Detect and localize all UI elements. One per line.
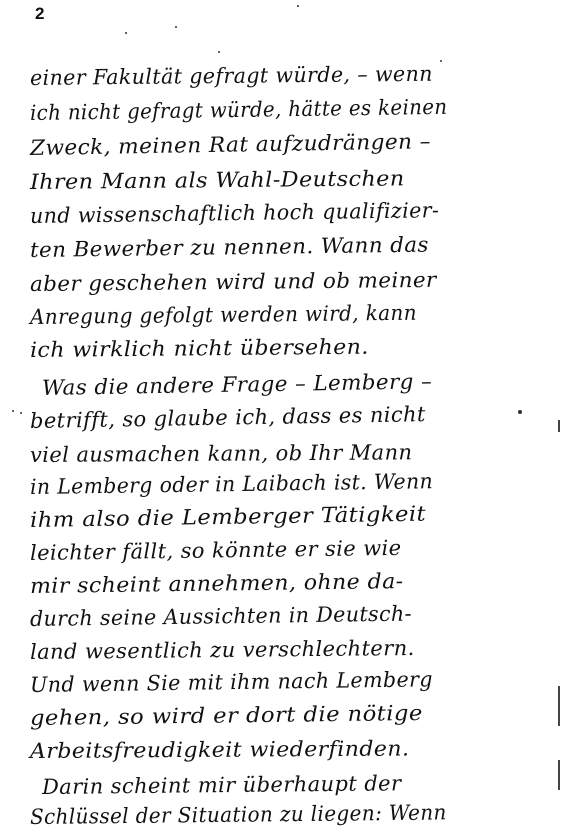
handwritten-line: Was die andere Frage – Lemberg – xyxy=(42,369,433,400)
handwritten-line: gehen, so wird er dort die nötige xyxy=(30,701,423,730)
handwritten-line: Anregung gefolgt werden wird, kann xyxy=(30,301,417,329)
scan-speck xyxy=(20,412,22,414)
handwritten-line: ich wirklich nicht übersehen. xyxy=(30,335,369,362)
handwritten-line: Darin scheint mir überhaupt der xyxy=(42,771,402,799)
scanned-letter-page: 2 einer Fakultät gefragt würde, – wenn i… xyxy=(0,0,562,830)
scan-speck xyxy=(175,26,177,28)
page-number: 2 xyxy=(35,4,44,24)
handwritten-line: einer Fakultät gefragt würde, – wenn xyxy=(30,62,433,90)
handwritten-line: Und wenn Sie mit ihm nach Lemberg xyxy=(30,667,433,697)
scan-speck xyxy=(297,5,299,7)
scan-speck xyxy=(440,60,442,62)
handwritten-line: durch seine Aussichten in Deutsch- xyxy=(30,602,412,631)
handwritten-line: ich nicht gefragt würde, hätte es keinen xyxy=(30,95,448,125)
handwritten-line: Zweck, meinen Rat aufzudrängen – xyxy=(30,129,431,160)
handwritten-line: Arbeitsfreudigkeit wiederfinden. xyxy=(30,736,410,763)
scan-speck xyxy=(218,51,220,53)
handwritten-line: und wissenschaftlich hoch qualifizier- xyxy=(30,198,440,228)
handwritten-line: Schlüssel der Situation zu liegen: Wenn xyxy=(30,800,447,829)
handwritten-line: mir scheint annehmen, ohne da- xyxy=(30,569,404,598)
handwritten-line: Ihren Mann als Wahl-Deutschen xyxy=(30,166,405,194)
handwritten-line: land wesentlich zu verschlechtern. xyxy=(30,636,415,664)
scan-edge-mark xyxy=(558,686,560,726)
scan-edge-mark xyxy=(558,420,560,432)
handwritten-line: ten Bewerber zu nennen. Wann das xyxy=(30,233,429,262)
scan-speck xyxy=(125,32,127,34)
handwritten-line: viel ausmachen kann, ob Ihr Mann xyxy=(30,440,413,467)
handwritten-line: betrifft, so glaube ich, dass es nicht xyxy=(30,402,426,433)
handwritten-line: in Lemberg oder in Laibach ist. Wenn xyxy=(30,469,433,499)
handwritten-line: aber geschehen wird und ob meiner xyxy=(30,268,437,296)
scan-speck xyxy=(12,410,14,412)
handwritten-line: ihm also die Lemberger Tätigkeit xyxy=(30,502,427,532)
scan-edge-mark xyxy=(558,760,560,790)
handwritten-line: leichter fällt, so könnte er sie wie xyxy=(30,536,402,565)
scan-speck xyxy=(518,410,522,414)
